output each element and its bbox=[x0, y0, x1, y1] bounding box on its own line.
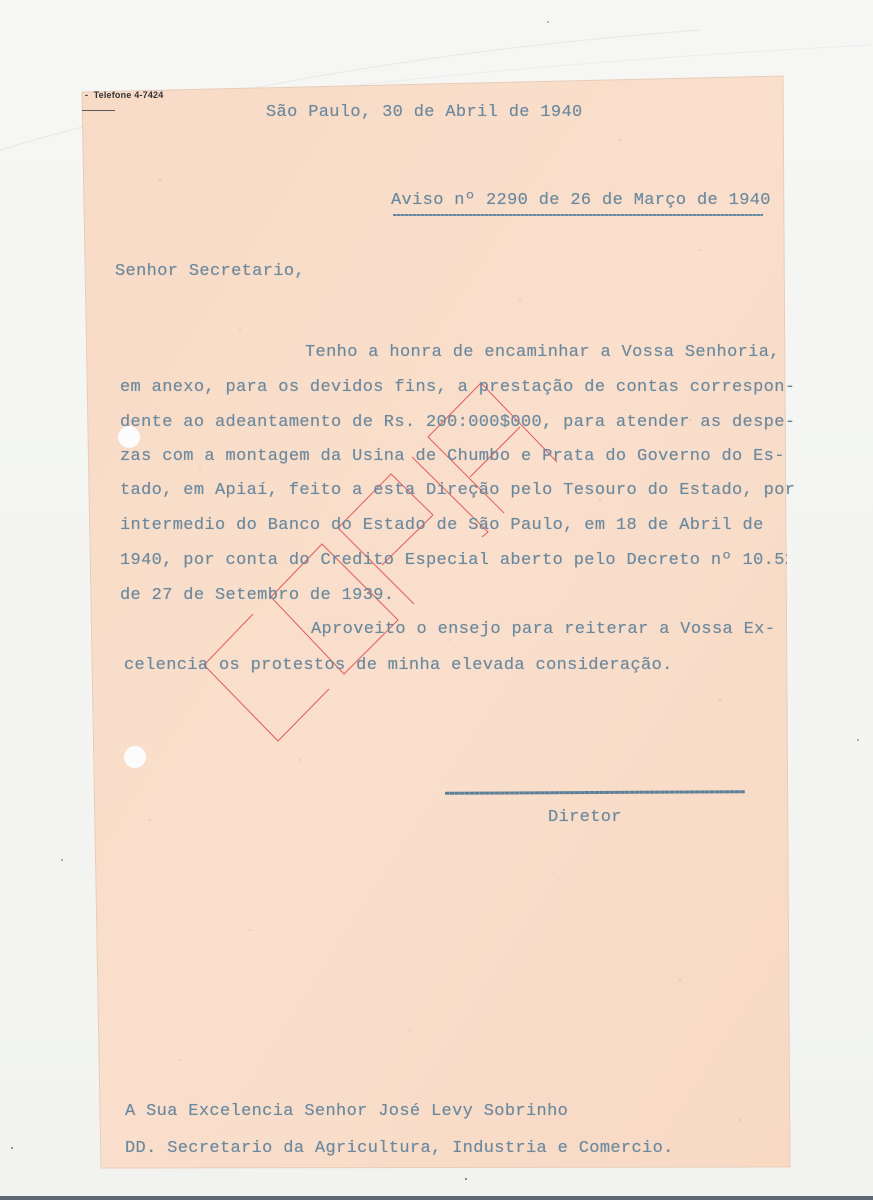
body-line: Aproveito o ensejo para reiterar a Vossa… bbox=[311, 620, 775, 640]
reference-aviso: Aviso nº 2290 de 26 de Março de 1940 bbox=[391, 191, 771, 211]
punch-hole-bottom bbox=[124, 746, 146, 768]
addressee-name: A Sua Excelencia Senhor José Levy Sobrin… bbox=[125, 1102, 568, 1122]
reference-underline bbox=[393, 214, 763, 216]
letterhead-phone: - Telefone 4-7424 bbox=[85, 90, 163, 100]
body-line: tado, em Apiaí, feito a esta Direção pel… bbox=[120, 481, 795, 501]
signature-title: Diretor bbox=[548, 808, 622, 828]
body-line: em anexo, para os devidos fins, a presta… bbox=[120, 378, 795, 398]
body-line: celencia os protestos de minha elevada c… bbox=[124, 656, 673, 676]
body-line: de 27 de Setembro de 1939. bbox=[120, 586, 394, 606]
body-line: zas com a montagem da Usina de Chumbo e … bbox=[120, 447, 785, 467]
body-line: 1940, por conta do Credito Especial aber… bbox=[120, 551, 787, 571]
addressee-title: DD. Secretario da Agricultura, Industria… bbox=[125, 1139, 674, 1159]
body-line: dente ao adeantamento de Rs. 200:000$000… bbox=[120, 413, 795, 433]
body-line: intermedio do Banco do Estado de São Pau… bbox=[120, 516, 764, 536]
letter-page: - Telefone 4-7424 São Paulo, 30 de Abril… bbox=[0, 0, 873, 1200]
body-line-clip: 1940, por conta do Credito Especial aber… bbox=[120, 549, 787, 575]
scanner-edge bbox=[0, 1196, 873, 1200]
place-date: São Paulo, 30 de Abril de 1940 bbox=[266, 103, 583, 123]
salutation: Senhor Secretario, bbox=[115, 262, 305, 282]
body-line: Tenho a honra de encaminhar a Vossa Senh… bbox=[305, 343, 780, 363]
letterhead-rule bbox=[82, 110, 115, 111]
